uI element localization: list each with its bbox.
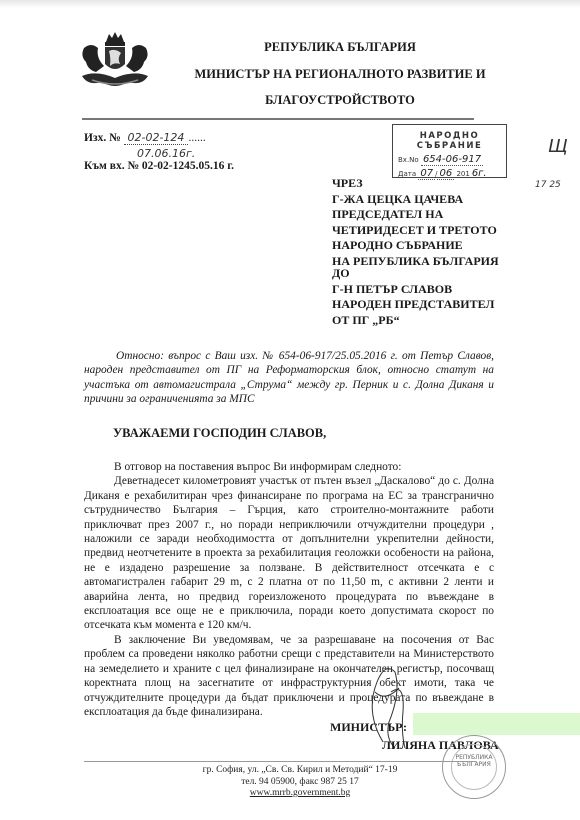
- body-paragraph: В заключение Ви уведомявам, че за разреш…: [84, 633, 494, 719]
- addressee-line: Г-ЖА ЦЕЦКА ЦАЧЕВА: [332, 192, 499, 208]
- incoming-label: Към вх. №: [84, 160, 139, 172]
- handwritten-time: 17 25: [535, 180, 561, 190]
- official-seal-icon: РЕПУБЛИКА БЪЛГАРИЯ: [442, 735, 506, 799]
- addressee-to: ДО Г-Н ПЕТЪР СЛАВОВ НАРОДЕН ПРЕДСТАВИТЕЛ…: [332, 266, 494, 328]
- header-ministry-cont: БЛАГОУСТРОЙСТВОТО: [180, 93, 500, 108]
- incoming-value: 02-02-1245.05.16 г.: [142, 160, 234, 172]
- parliament-registration-stamp: НАРОДНО СЪБРАНИЕ Вх.No 654-06-917 Дата 0…: [392, 124, 507, 178]
- footer-address: гр. София, ул. „Св. Св. Кирил и Методий“…: [170, 765, 430, 777]
- header-ministry: МИНИСТЪР НА РЕГИОНАЛНОТО РАЗВИТИЕ И: [180, 67, 500, 82]
- addressee-line: Г-Н ПЕТЪР СЛАВОВ: [332, 282, 494, 298]
- handwritten-signature-icon: [355, 652, 415, 752]
- scan-edge-shadow: [0, 0, 580, 8]
- outgoing-date: 07.06.16г.: [137, 147, 195, 160]
- stamp-number-label: Вх.No: [398, 156, 419, 164]
- addressee-line: НАРОДЕН ПРЕДСТАВИТЕЛ: [332, 297, 494, 313]
- incoming-reference: Към вх. № 02-02-1245.05.16 г.: [84, 160, 234, 172]
- addressee-line: ЧРЕЗ: [332, 176, 499, 192]
- body-paragraph: В отговор на поставения въпрос Ви информ…: [84, 460, 494, 474]
- outgoing-reference: Изх. № 02-02-124......: [84, 131, 206, 144]
- header-divider: [82, 118, 474, 120]
- signature-title: МИНИСТЪР:: [330, 720, 407, 735]
- subject-line: Относно: въпрос с Ваш изх. № 654-06-917/…: [84, 349, 494, 406]
- outgoing-label: Изх. №: [84, 132, 121, 144]
- coat-of-arms-icon: [76, 28, 154, 94]
- footer-phone: тел. 94 05900, факс 987 25 17: [170, 777, 430, 789]
- addressee-line: ДО: [332, 266, 494, 282]
- highlight-overlay: [413, 713, 580, 735]
- letter-body: В отговор на поставения въпрос Ви информ…: [84, 460, 494, 719]
- salutation: УВАЖАЕМИ ГОСПОДИН СЛАВОВ,: [113, 426, 326, 441]
- stamp-number-row: Вх.No 654-06-917: [398, 154, 506, 165]
- addressee-via: ЧРЕЗ Г-ЖА ЦЕЦКА ЦАЧЕВА ПРЕДСЕДАТЕЛ НА ЧЕ…: [332, 176, 499, 270]
- body-paragraph: Деветнадесет километровият участък от пъ…: [84, 474, 494, 632]
- stamp-title: НАРОДНО СЪБРАНИЕ: [393, 131, 506, 151]
- addressee-line: ОТ ПГ „РБ“: [332, 313, 494, 329]
- footer-divider: [84, 761, 476, 762]
- addressee-line: ПРЕДСЕДАТЕЛ НА: [332, 207, 499, 223]
- addressee-line: ЧЕТИРИДЕСЕТ И ТРЕТОТО: [332, 223, 499, 239]
- footer: гр. София, ул. „Св. Св. Кирил и Методий“…: [170, 765, 430, 800]
- footer-website-link[interactable]: www.mrrb.government.bg: [170, 788, 430, 800]
- outgoing-number: 02-02-124: [124, 131, 189, 145]
- addressee-line: НАРОДНО СЪБРАНИЕ: [332, 238, 499, 254]
- stamp-number-value: 654-06-917: [421, 154, 483, 166]
- header-country: РЕПУБЛИКА БЪЛГАРИЯ: [180, 40, 500, 55]
- handwritten-initials: Щ: [548, 136, 568, 157]
